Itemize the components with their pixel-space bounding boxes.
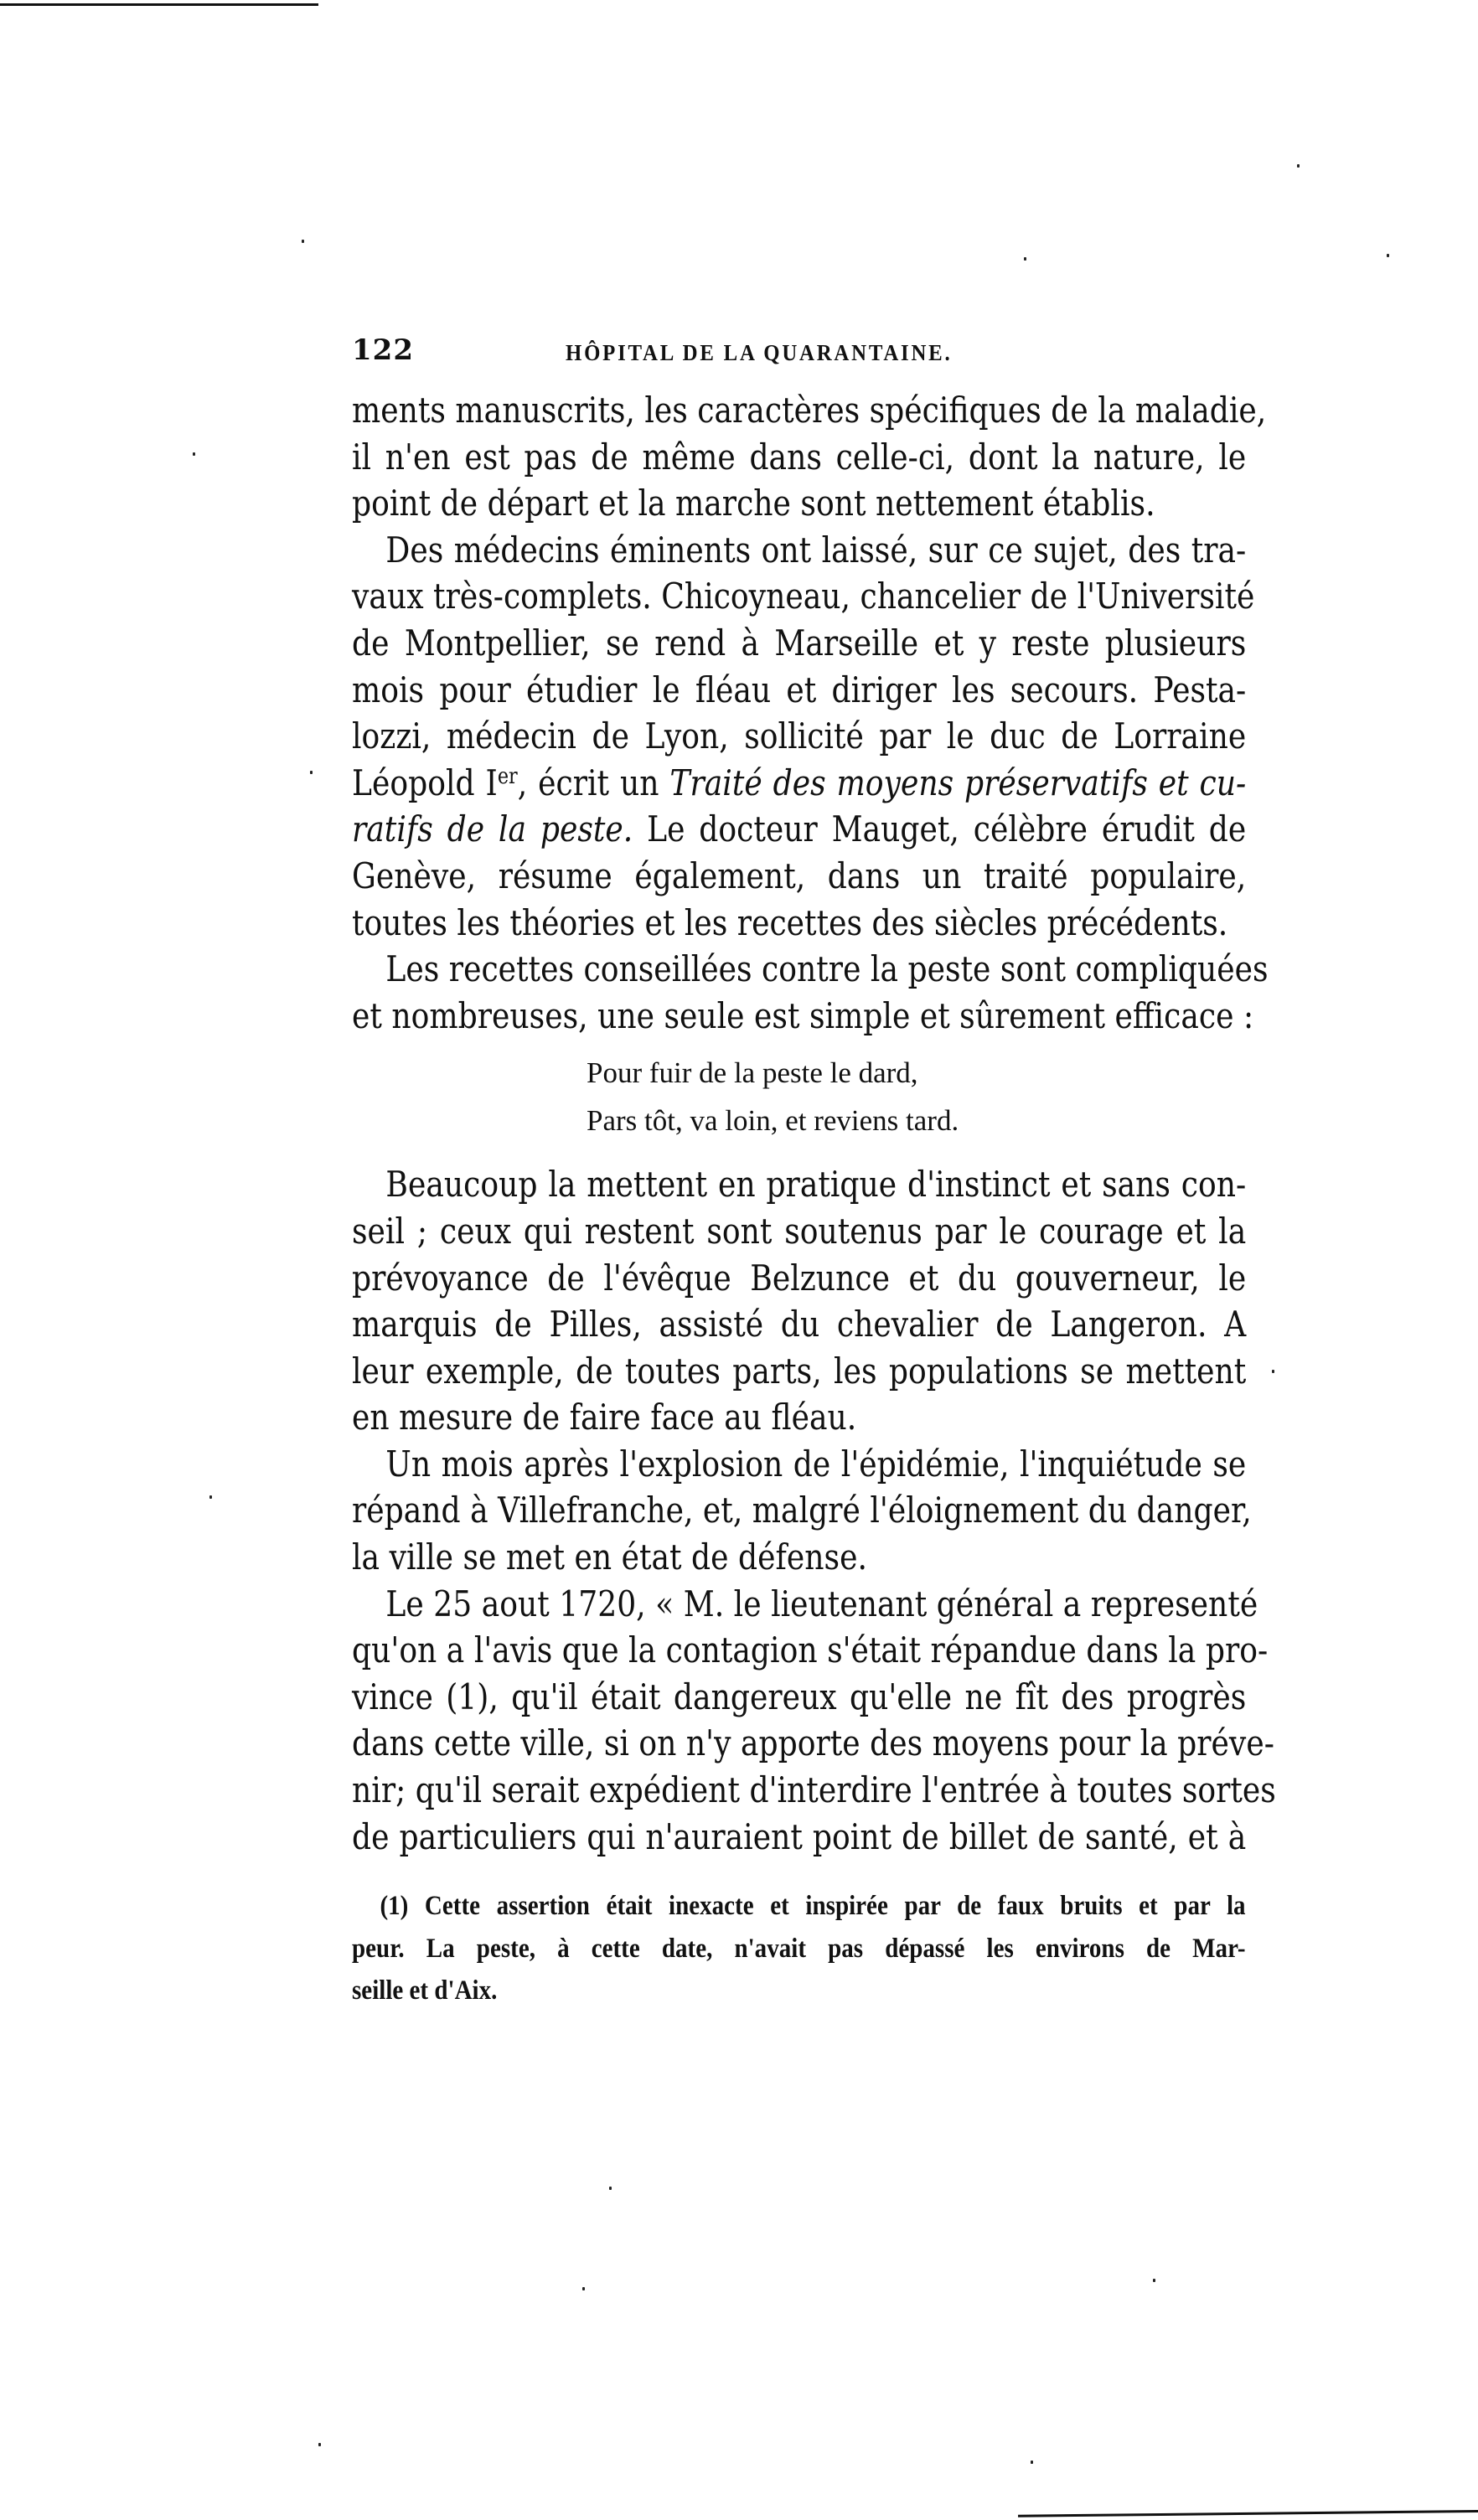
text-run: Le docteur Mauget, célèbre érudit de — [633, 808, 1246, 849]
scan-speck — [1272, 1370, 1274, 1373]
scan-edge-rule-bottom — [1018, 2510, 1478, 2517]
text-line: et nombreuses, une seule est simple et s… — [352, 993, 1246, 1040]
footnote-line: peur. La peste, à cette date, n'avait pa… — [352, 1928, 1246, 1970]
scan-speck — [209, 1495, 212, 1499]
paragraph-start-line: Un mois après l'explosion de l'épidémie,… — [352, 1441, 1246, 1488]
scan-speck — [302, 240, 304, 243]
text-line: nir; qu'il serait expédient d'interdire … — [352, 1767, 1246, 1814]
scan-speck — [1153, 2279, 1155, 2282]
text-line: de particuliers qui n'auraient point de … — [352, 1814, 1246, 1861]
scan-speck — [1387, 254, 1389, 257]
superscript-ordinal: er — [498, 764, 518, 789]
text-line: de Montpellier, se rend à Marseille et y… — [352, 620, 1246, 667]
book-title-italic: ratifs de la peste. — [352, 808, 633, 849]
text-line: ments manuscrits, les caractères spécifi… — [352, 387, 1246, 434]
scan-speck — [1297, 164, 1300, 168]
text-line: mois pour étudier le fléau et diriger le… — [352, 667, 1246, 714]
text-line: en mesure de faire face au fléau. — [352, 1394, 1246, 1441]
text-run: Léopold I — [352, 762, 498, 803]
text-line: Genève, résume également, dans un traité… — [352, 853, 1246, 900]
verse-line: Pars tôt, va loin, et reviens tard. — [352, 1097, 1246, 1144]
text-line: lozzi, médecin de Lyon, sollicité par le… — [352, 713, 1246, 760]
footnote-line: seille et d'Aix. — [352, 1970, 1246, 2012]
text-line: point de départ et la marche sont nettem… — [352, 480, 1246, 527]
paragraph-start-line: Les recettes conseillées contre la peste… — [352, 946, 1246, 993]
text-line: répand à Villefranche, et, malgré l'éloi… — [352, 1487, 1246, 1534]
footnote-line: (1) Cette assertion était inexacte et in… — [352, 1885, 1246, 1928]
text-line: vince (1), qu'il était dangereux qu'elle… — [352, 1674, 1246, 1721]
scan-speck — [1031, 2461, 1033, 2464]
paragraph-start-line: Des médecins éminents ont laissé, sur ce… — [352, 527, 1246, 574]
book-title-italic: Traité des moyens préservatifs et cu- — [669, 762, 1246, 803]
text-line: leur exemple, de toutes parts, les popul… — [352, 1348, 1246, 1395]
paragraph-start-line: Beaucoup la mettent en pratique d'instin… — [352, 1161, 1246, 1208]
text-run: , écrit un — [518, 762, 670, 803]
verse-line: Pour fuir de la peste le dard, — [352, 1049, 1246, 1097]
text-line: marquis de Pilles, assisté du chevalier … — [352, 1301, 1246, 1348]
scan-speck — [1024, 257, 1026, 261]
text-line: toutes les théories et les recettes des … — [352, 900, 1246, 947]
scan-speck — [310, 771, 313, 774]
paragraph-start-line: Le 25 aout 1720, « M. le lieutenant géné… — [352, 1581, 1246, 1628]
text-line: dans cette ville, si on n'y apporte des … — [352, 1720, 1246, 1767]
text-line: seil ; ceux qui restent sont soutenus pa… — [352, 1208, 1246, 1255]
scan-speck — [193, 452, 195, 456]
text-line: la ville se met en état de défense. — [352, 1534, 1246, 1581]
text-line: Léopold Ier, écrit un Traité des moyens … — [352, 760, 1246, 807]
scan-speck — [318, 2443, 321, 2446]
running-head: 122 HÔPITAL DE LA QUARANTAINE. — [352, 333, 1246, 374]
text-line: ratifs de la peste. Le docteur Mauget, c… — [352, 806, 1246, 853]
scan-speck — [582, 2287, 585, 2290]
scan-edge-rule-top — [0, 3, 318, 6]
verse-quotation: Pour fuir de la peste le dard, Pars tôt,… — [352, 1039, 1246, 1161]
scan-speck — [609, 2187, 612, 2190]
text-line: il n'en est pas de même dans celle-ci, d… — [352, 434, 1246, 481]
footnote: (1) Cette assertion était inexacte et in… — [352, 1885, 1246, 2012]
text-line: vaux très-complets. Chicoyneau, chanceli… — [352, 573, 1246, 620]
text-line: qu'on a l'avis que la contagion s'était … — [352, 1627, 1246, 1674]
running-title: HÔPITAL DE LA QUARANTAINE. — [566, 340, 952, 366]
text-line: prévoyance de l'évêque Belzunce et du go… — [352, 1255, 1246, 1302]
body-text: ments manuscrits, les caractères spécifi… — [352, 387, 1246, 1860]
page-number: 122 — [352, 333, 414, 367]
